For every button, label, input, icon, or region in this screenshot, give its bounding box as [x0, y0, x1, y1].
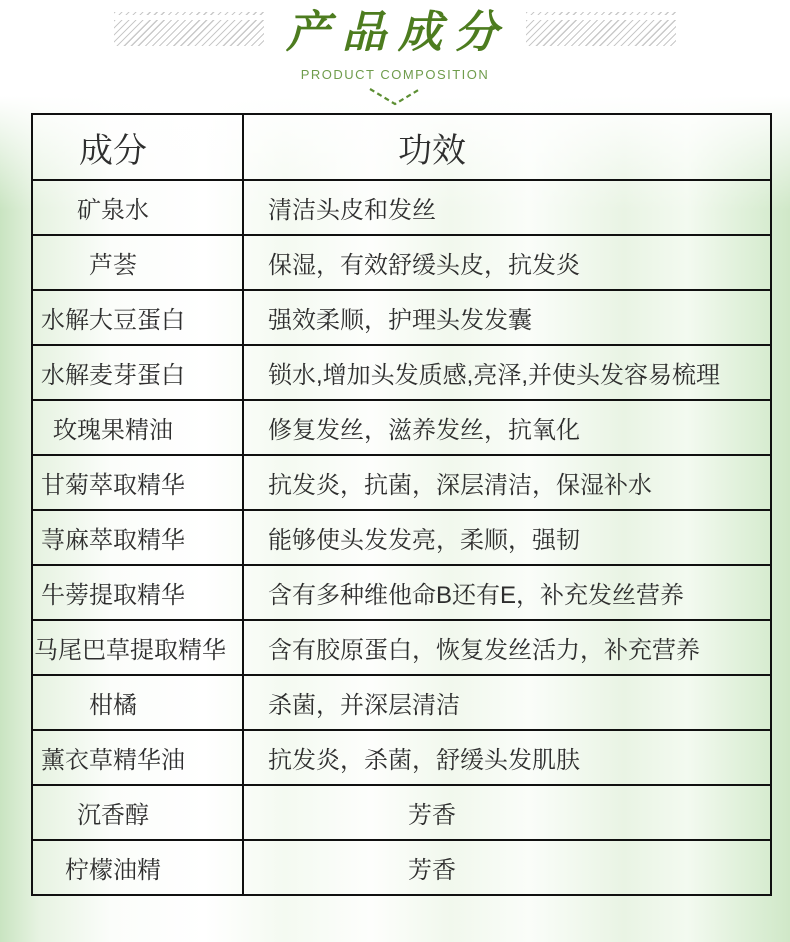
ingredient-cell: 玫瑰果精油	[32, 400, 243, 455]
ingredient-cell: 水解麦芽蛋白	[32, 345, 243, 400]
title-row: 产品成分	[0, 6, 790, 60]
effect-cell: 含有胶原蛋白，恢复发丝活力，补充营养	[243, 620, 771, 675]
effect-cell: 保湿，有效舒缓头皮，抗发炎	[243, 235, 771, 290]
table-row: 荨麻萃取精华能够使头发发亮，柔顺，强韧	[32, 510, 771, 565]
composition-table: 成分 功效 矿泉水清洁头皮和发丝芦荟保湿，有效舒缓头皮，抗发炎水解大豆蛋白强效柔…	[31, 113, 772, 896]
table-row: 柠檬油精芳香	[32, 840, 771, 895]
effect-cell: 芳香	[243, 785, 771, 840]
effect-cell: 芳香	[243, 840, 771, 895]
section-header: 产品成分 PRODUCT COMPOSITION	[0, 0, 790, 114]
effect-cell: 抗发炎，杀菌，舒缓头发肌肤	[243, 730, 771, 785]
effect-cell: 抗发炎，抗菌，深层清洁，保湿补水	[243, 455, 771, 510]
effect-cell: 清洁头皮和发丝	[243, 180, 771, 235]
column-header-ingredient: 成分	[32, 114, 243, 180]
table-row: 柑橘杀菌，并深层清洁	[32, 675, 771, 730]
effect-cell: 杀菌，并深层清洁	[243, 675, 771, 730]
ingredient-cell: 矿泉水	[32, 180, 243, 235]
hatch-bar-left	[114, 20, 264, 46]
effect-cell: 能够使头发发亮，柔顺，强韧	[243, 510, 771, 565]
ingredient-cell: 柠檬油精	[32, 840, 243, 895]
table-row: 矿泉水清洁头皮和发丝	[32, 180, 771, 235]
effect-cell: 强效柔顺，护理头发发囊	[243, 290, 771, 345]
hatch-bar-right	[526, 20, 676, 46]
ingredient-cell: 牛蒡提取精华	[32, 565, 243, 620]
product-composition-page: 产品成分 PRODUCT COMPOSITION 成分 功效 矿泉水清洁头皮和发…	[0, 0, 790, 942]
ingredient-cell: 薰衣草精华油	[32, 730, 243, 785]
table-row: 水解大豆蛋白强效柔顺，护理头发发囊	[32, 290, 771, 345]
ingredient-cell: 水解大豆蛋白	[32, 290, 243, 345]
page-subtitle: PRODUCT COMPOSITION	[0, 67, 790, 82]
ingredient-cell: 荨麻萃取精华	[32, 510, 243, 565]
effect-cell: 含有多种维他命B还有E，补充发丝营养	[243, 565, 771, 620]
table-row: 薰衣草精华油抗发炎，杀菌，舒缓头发肌肤	[32, 730, 771, 785]
page-title: 产品成分	[280, 11, 510, 55]
ingredient-cell: 沉香醇	[32, 785, 243, 840]
table-row: 芦荟保湿，有效舒缓头皮，抗发炎	[32, 235, 771, 290]
table-row: 玫瑰果精油修复发丝，滋养发丝，抗氧化	[32, 400, 771, 455]
table-header-row: 成分 功效	[32, 114, 771, 180]
ingredient-cell: 柑橘	[32, 675, 243, 730]
chevron-down-icon	[0, 85, 790, 114]
effect-cell: 锁水,增加头发质感,亮泽,并使头发容易梳理	[243, 345, 771, 400]
ingredient-cell: 甘菊萃取精华	[32, 455, 243, 510]
ingredient-cell: 马尾巴草提取精华	[32, 620, 243, 675]
table-row: 甘菊萃取精华抗发炎，抗菌，深层清洁，保湿补水	[32, 455, 771, 510]
table-row: 沉香醇芳香	[32, 785, 771, 840]
table-row: 水解麦芽蛋白锁水,增加头发质感,亮泽,并使头发容易梳理	[32, 345, 771, 400]
table-row: 马尾巴草提取精华含有胶原蛋白，恢复发丝活力，补充营养	[32, 620, 771, 675]
column-header-effect: 功效	[243, 114, 771, 180]
ingredient-cell: 芦荟	[32, 235, 243, 290]
effect-cell: 修复发丝，滋养发丝，抗氧化	[243, 400, 771, 455]
table-row: 牛蒡提取精华含有多种维他命B还有E，补充发丝营养	[32, 565, 771, 620]
